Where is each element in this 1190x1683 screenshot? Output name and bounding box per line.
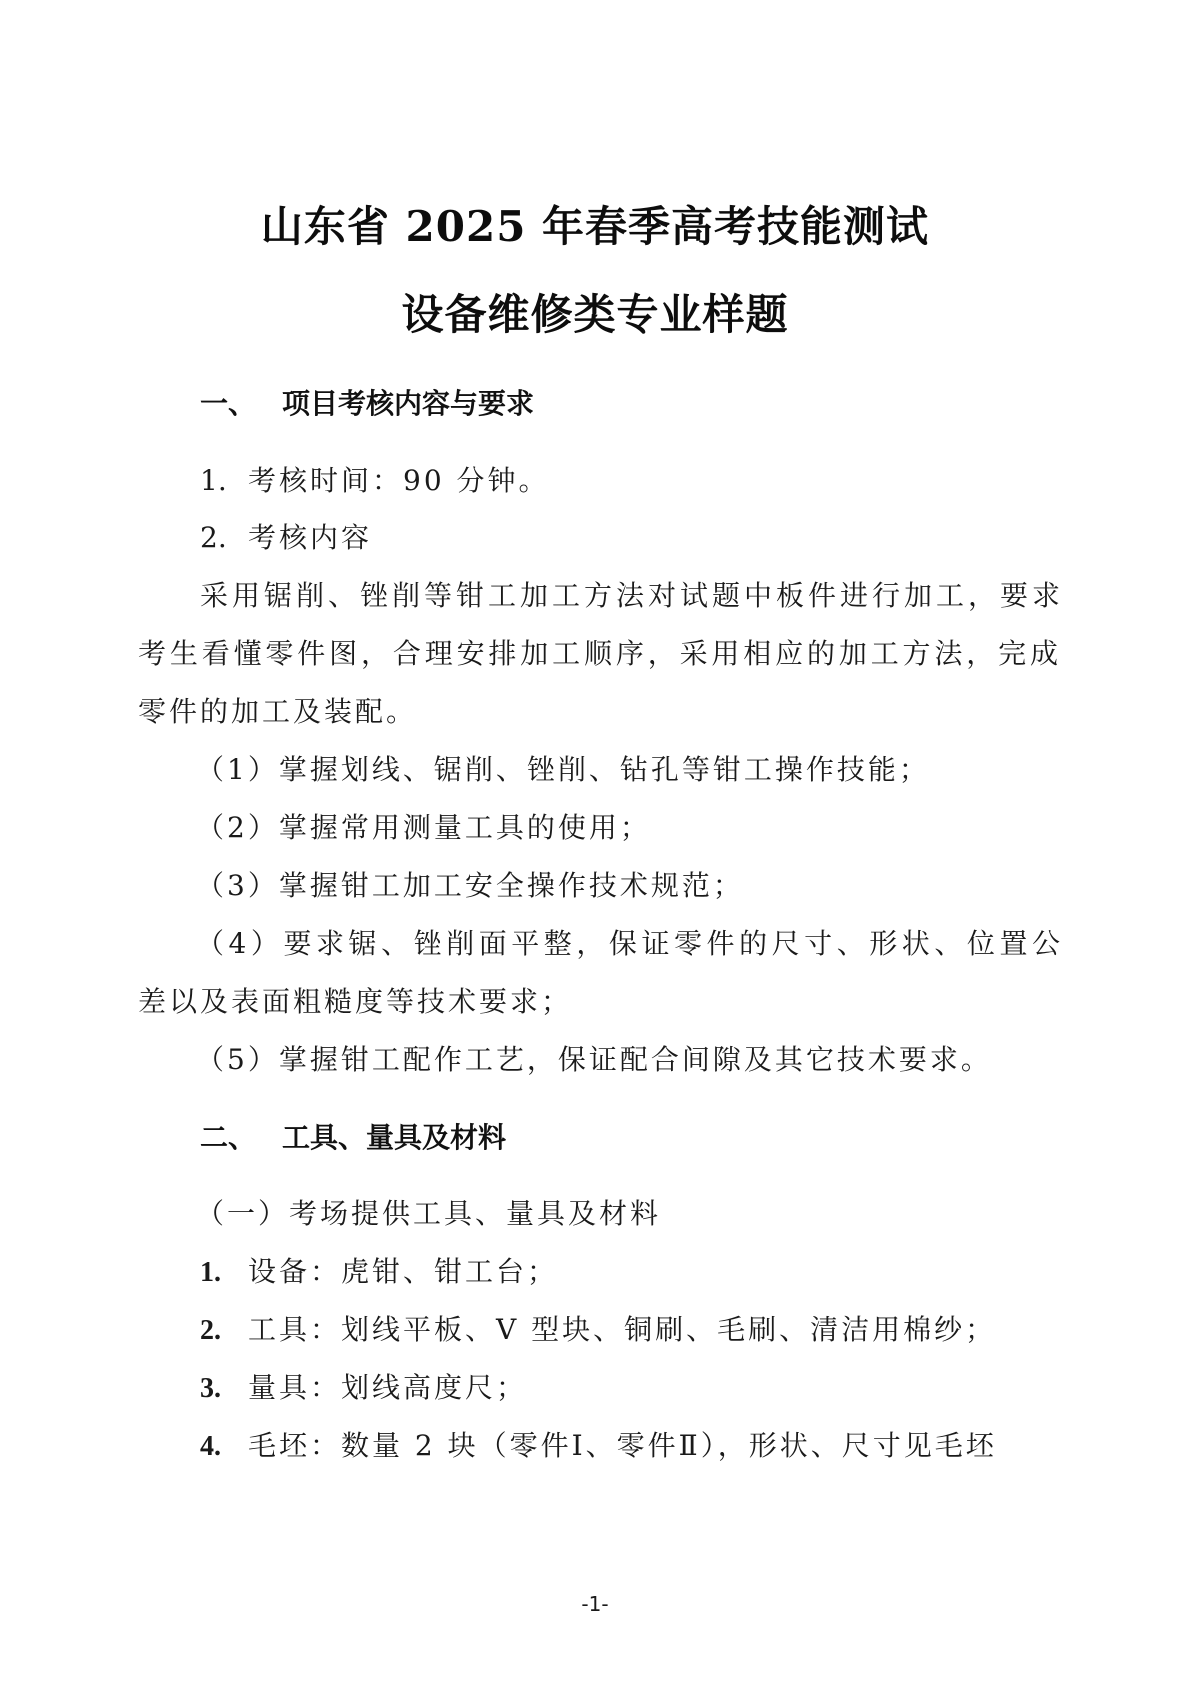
list-item-index: 1. bbox=[200, 1255, 248, 1291]
list-item-measuring-tools: 3.量具：划线高度尺； bbox=[200, 1370, 527, 1407]
requirement-4-line-1: （4）要求锯、锉削面平整，保证零件的尺寸、形状、位置公 bbox=[196, 926, 1060, 962]
list-item-text: 毛坯：数量 2 块（零件Ⅰ、零件Ⅱ），形状、尺寸见毛坯 bbox=[248, 1429, 997, 1462]
paragraph-line-1: 采用锯削、锉削等钳工加工方法对试题中板件进行加工，要求 bbox=[200, 578, 1060, 614]
section-1-title: 项目考核内容与要求 bbox=[282, 387, 534, 420]
page-number: -1- bbox=[0, 1592, 1190, 1616]
section-2-title: 工具、量具及材料 bbox=[282, 1121, 506, 1154]
requirement-3: （3）掌握钳工加工安全操作技术规范； bbox=[196, 868, 744, 904]
document-title-line-1: 山东省 2025 年春季高考技能测试 bbox=[0, 202, 1190, 252]
list-item-exam-time: 1.考核时间：90 分钟。 bbox=[200, 463, 550, 499]
section-1-number: 一、 bbox=[200, 386, 282, 422]
requirement-4-line-2: 差以及表面粗糙度等技术要求； bbox=[138, 984, 572, 1020]
list-item-text: 量具：划线高度尺； bbox=[248, 1371, 527, 1404]
paragraph-line-3: 零件的加工及装配。 bbox=[138, 694, 417, 730]
list-item-tools: 2.工具：划线平板、V 型块、铜刷、毛刷、清洁用棉纱； bbox=[200, 1312, 996, 1349]
requirement-1: （1）掌握划线、锯削、锉削、钻孔等钳工操作技能； bbox=[196, 752, 930, 788]
requirement-2: （2）掌握常用测量工具的使用； bbox=[196, 810, 651, 846]
list-item-index: 2. bbox=[200, 1313, 248, 1349]
list-item-index: 3. bbox=[200, 1371, 248, 1407]
list-item-text: 工具：划线平板、V 型块、铜刷、毛刷、清洁用棉纱； bbox=[248, 1313, 996, 1346]
list-item-equipment: 1.设备：虎钳、钳工台； bbox=[200, 1254, 558, 1291]
list-item-exam-content: 2.考核内容 bbox=[200, 520, 372, 556]
section-1-heading: 一、项目考核内容与要求 bbox=[200, 386, 534, 422]
list-item-index: 4. bbox=[200, 1429, 248, 1465]
document-page: 山东省 2025 年春季高考技能测试 设备维修类专业样题 一、项目考核内容与要求… bbox=[0, 0, 1190, 1683]
list-item-blanks: 4.毛坯：数量 2 块（零件Ⅰ、零件Ⅱ），形状、尺寸见毛坯 bbox=[200, 1428, 997, 1465]
section-2-subheading: （一）考场提供工具、量具及材料 bbox=[196, 1196, 661, 1232]
list-item-text: 考核内容 bbox=[248, 521, 372, 554]
document-title-line-2: 设备维修类专业样题 bbox=[0, 290, 1190, 340]
list-item-index: 1. bbox=[200, 463, 248, 499]
section-2-heading: 二、工具、量具及材料 bbox=[200, 1120, 506, 1156]
requirement-5: （5）掌握钳工配作工艺，保证配合间隙及其它技术要求。 bbox=[196, 1042, 992, 1078]
list-item-index: 2. bbox=[200, 520, 248, 556]
list-item-text: 考核时间：90 分钟。 bbox=[248, 464, 550, 497]
section-2-number: 二、 bbox=[200, 1120, 282, 1156]
list-item-text: 设备：虎钳、钳工台； bbox=[248, 1255, 558, 1288]
paragraph-line-2: 考生看懂零件图，合理安排加工顺序，采用相应的加工方法，完成 bbox=[138, 636, 1058, 672]
